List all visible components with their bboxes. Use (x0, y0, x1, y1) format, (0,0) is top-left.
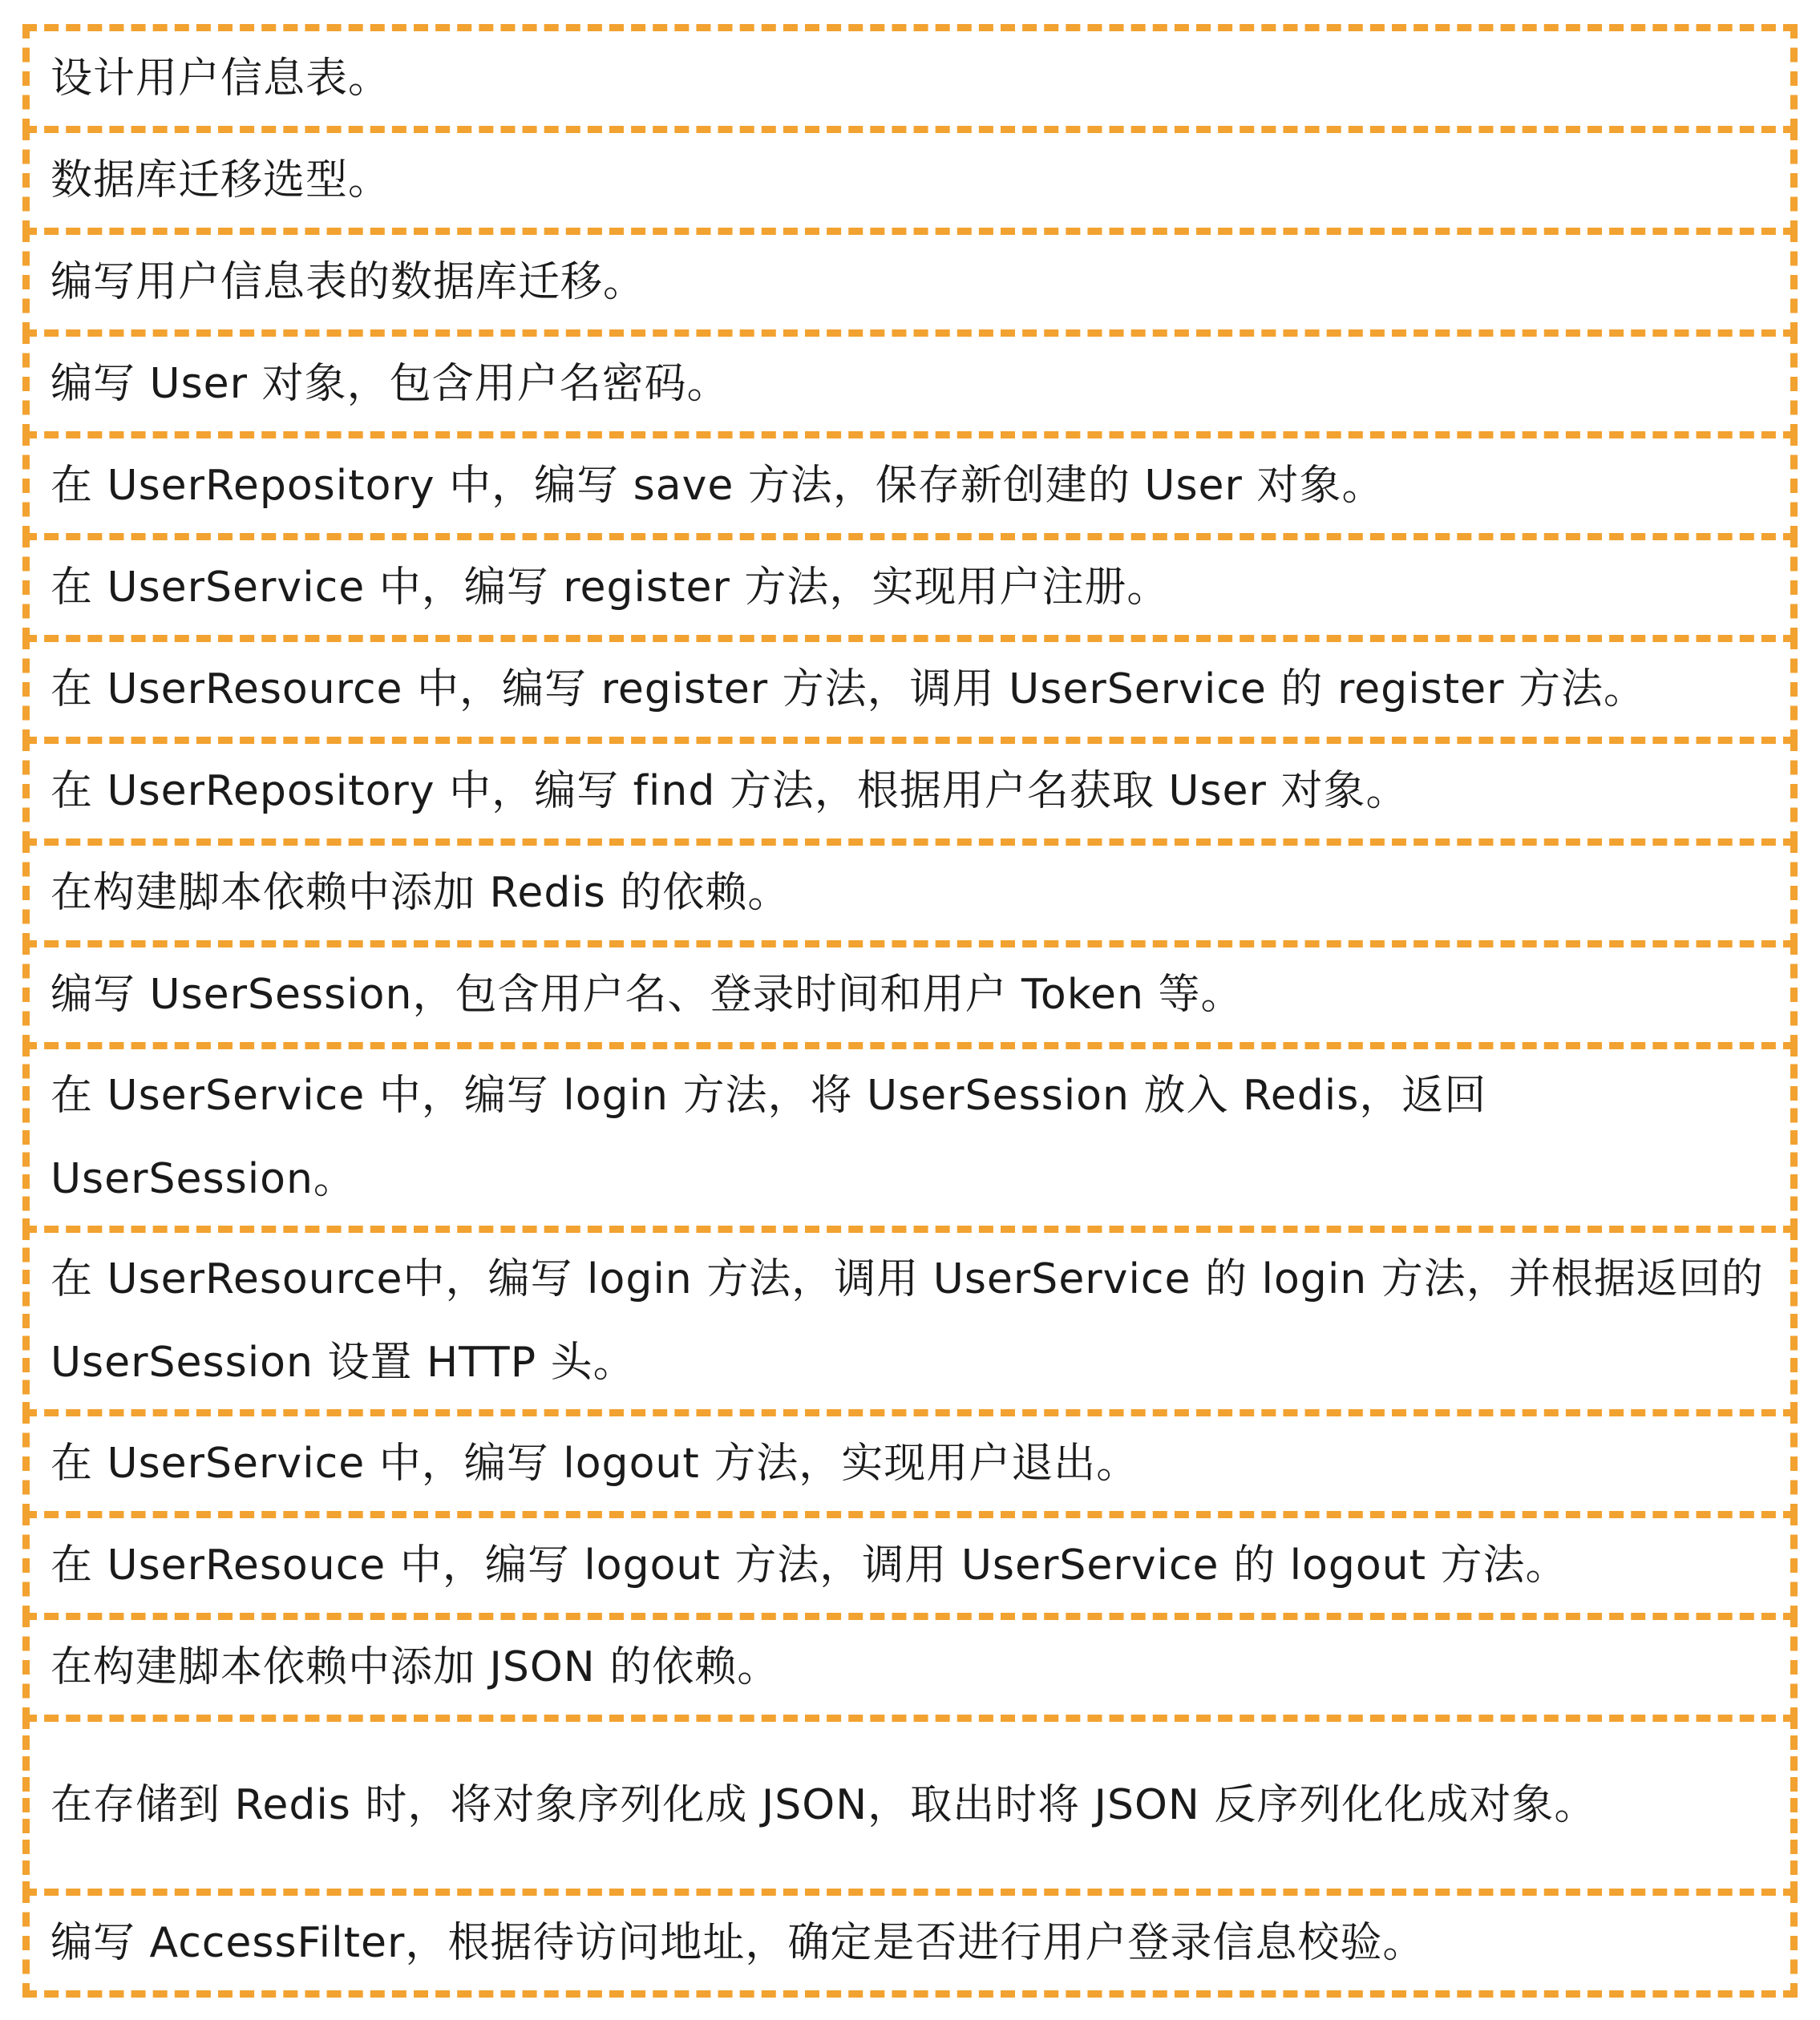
task-item: 在 UserResource 中，编写 register 方法，调用 UserS… (22, 635, 1798, 744)
task-list: 设计用户信息表。 数据库迁移选型。 编写用户信息表的数据库迁移。 编写 User… (0, 0, 1820, 2020)
task-text: 在 UserService 中，编写 login 方法，将 UserSessio… (51, 1054, 1769, 1221)
task-text: 在 UserService 中，编写 logout 方法，实现用户退出。 (51, 1422, 1139, 1505)
task-item: 在构建脚本依赖中添加 Redis 的依赖。 (22, 838, 1798, 947)
task-item: 在存储到 Redis 时，将对象序列化成 JSON，取出时将 JSON 反序列化… (22, 1715, 1798, 1896)
task-text: 在存储到 Redis 时，将对象序列化成 JSON，取出时将 JSON 反序列化… (51, 1763, 1596, 1847)
task-text: 在构建脚本依赖中添加 Redis 的依赖。 (51, 851, 790, 935)
task-item: 在构建脚本依赖中添加 JSON 的依赖。 (22, 1613, 1798, 1722)
task-text: 在 UserResource中，编写 login 方法，调用 UserServi… (51, 1238, 1769, 1404)
task-text: 在 UserRepository 中，编写 save 方法，保存新创建的 Use… (51, 444, 1384, 527)
task-text: 在 UserRepository 中，编写 find 方法，根据用户名获取 Us… (51, 749, 1408, 833)
task-item: 编写 User 对象，包含用户名密码。 (22, 329, 1798, 438)
task-text: 在 UserService 中，编写 register 方法，实现用户注册。 (51, 546, 1169, 629)
task-text: 在 UserResouce 中，编写 logout 方法，调用 UserServ… (51, 1524, 1568, 1607)
task-item: 编写用户信息表的数据库迁移。 (22, 228, 1798, 337)
task-text: 设计用户信息表。 (51, 37, 390, 120)
task-item: 在 UserRepository 中，编写 find 方法，根据用户名获取 Us… (22, 737, 1798, 846)
task-item: 在 UserRepository 中，编写 save 方法，保存新创建的 Use… (22, 431, 1798, 540)
task-text: 编写 AccessFilter，根据待访问地址，确定是否进行用户登录信息校验。 (51, 1901, 1425, 1985)
task-item: 在 UserService 中，编写 logout 方法，实现用户退出。 (22, 1409, 1798, 1518)
task-text: 在构建脚本依赖中添加 JSON 的依赖。 (51, 1626, 779, 1709)
task-text: 编写 User 对象，包含用户名密码。 (51, 342, 730, 426)
task-text: 在 UserResource 中，编写 register 方法，调用 UserS… (51, 648, 1646, 731)
task-item: 设计用户信息表。 (22, 24, 1798, 133)
task-item: 编写 UserSession，包含用户名、登录时间和用户 Token 等。 (22, 940, 1798, 1049)
task-text: 编写 UserSession，包含用户名、登录时间和用户 Token 等。 (51, 953, 1243, 1036)
task-item: 在 UserService 中，编写 register 方法，实现用户注册。 (22, 533, 1798, 642)
task-item: 数据库迁移选型。 (22, 126, 1798, 235)
task-item: 在 UserResouce 中，编写 logout 方法，调用 UserServ… (22, 1511, 1798, 1620)
task-text: 数据库迁移选型。 (51, 139, 390, 222)
task-item: 编写 AccessFilter，根据待访问地址，确定是否进行用户登录信息校验。 (22, 1889, 1798, 1998)
task-text: 编写用户信息表的数据库迁移。 (51, 240, 645, 324)
task-item: 在 UserService 中，编写 login 方法，将 UserSessio… (22, 1042, 1798, 1233)
task-item: 在 UserResource中，编写 login 方法，调用 UserServi… (22, 1226, 1798, 1416)
